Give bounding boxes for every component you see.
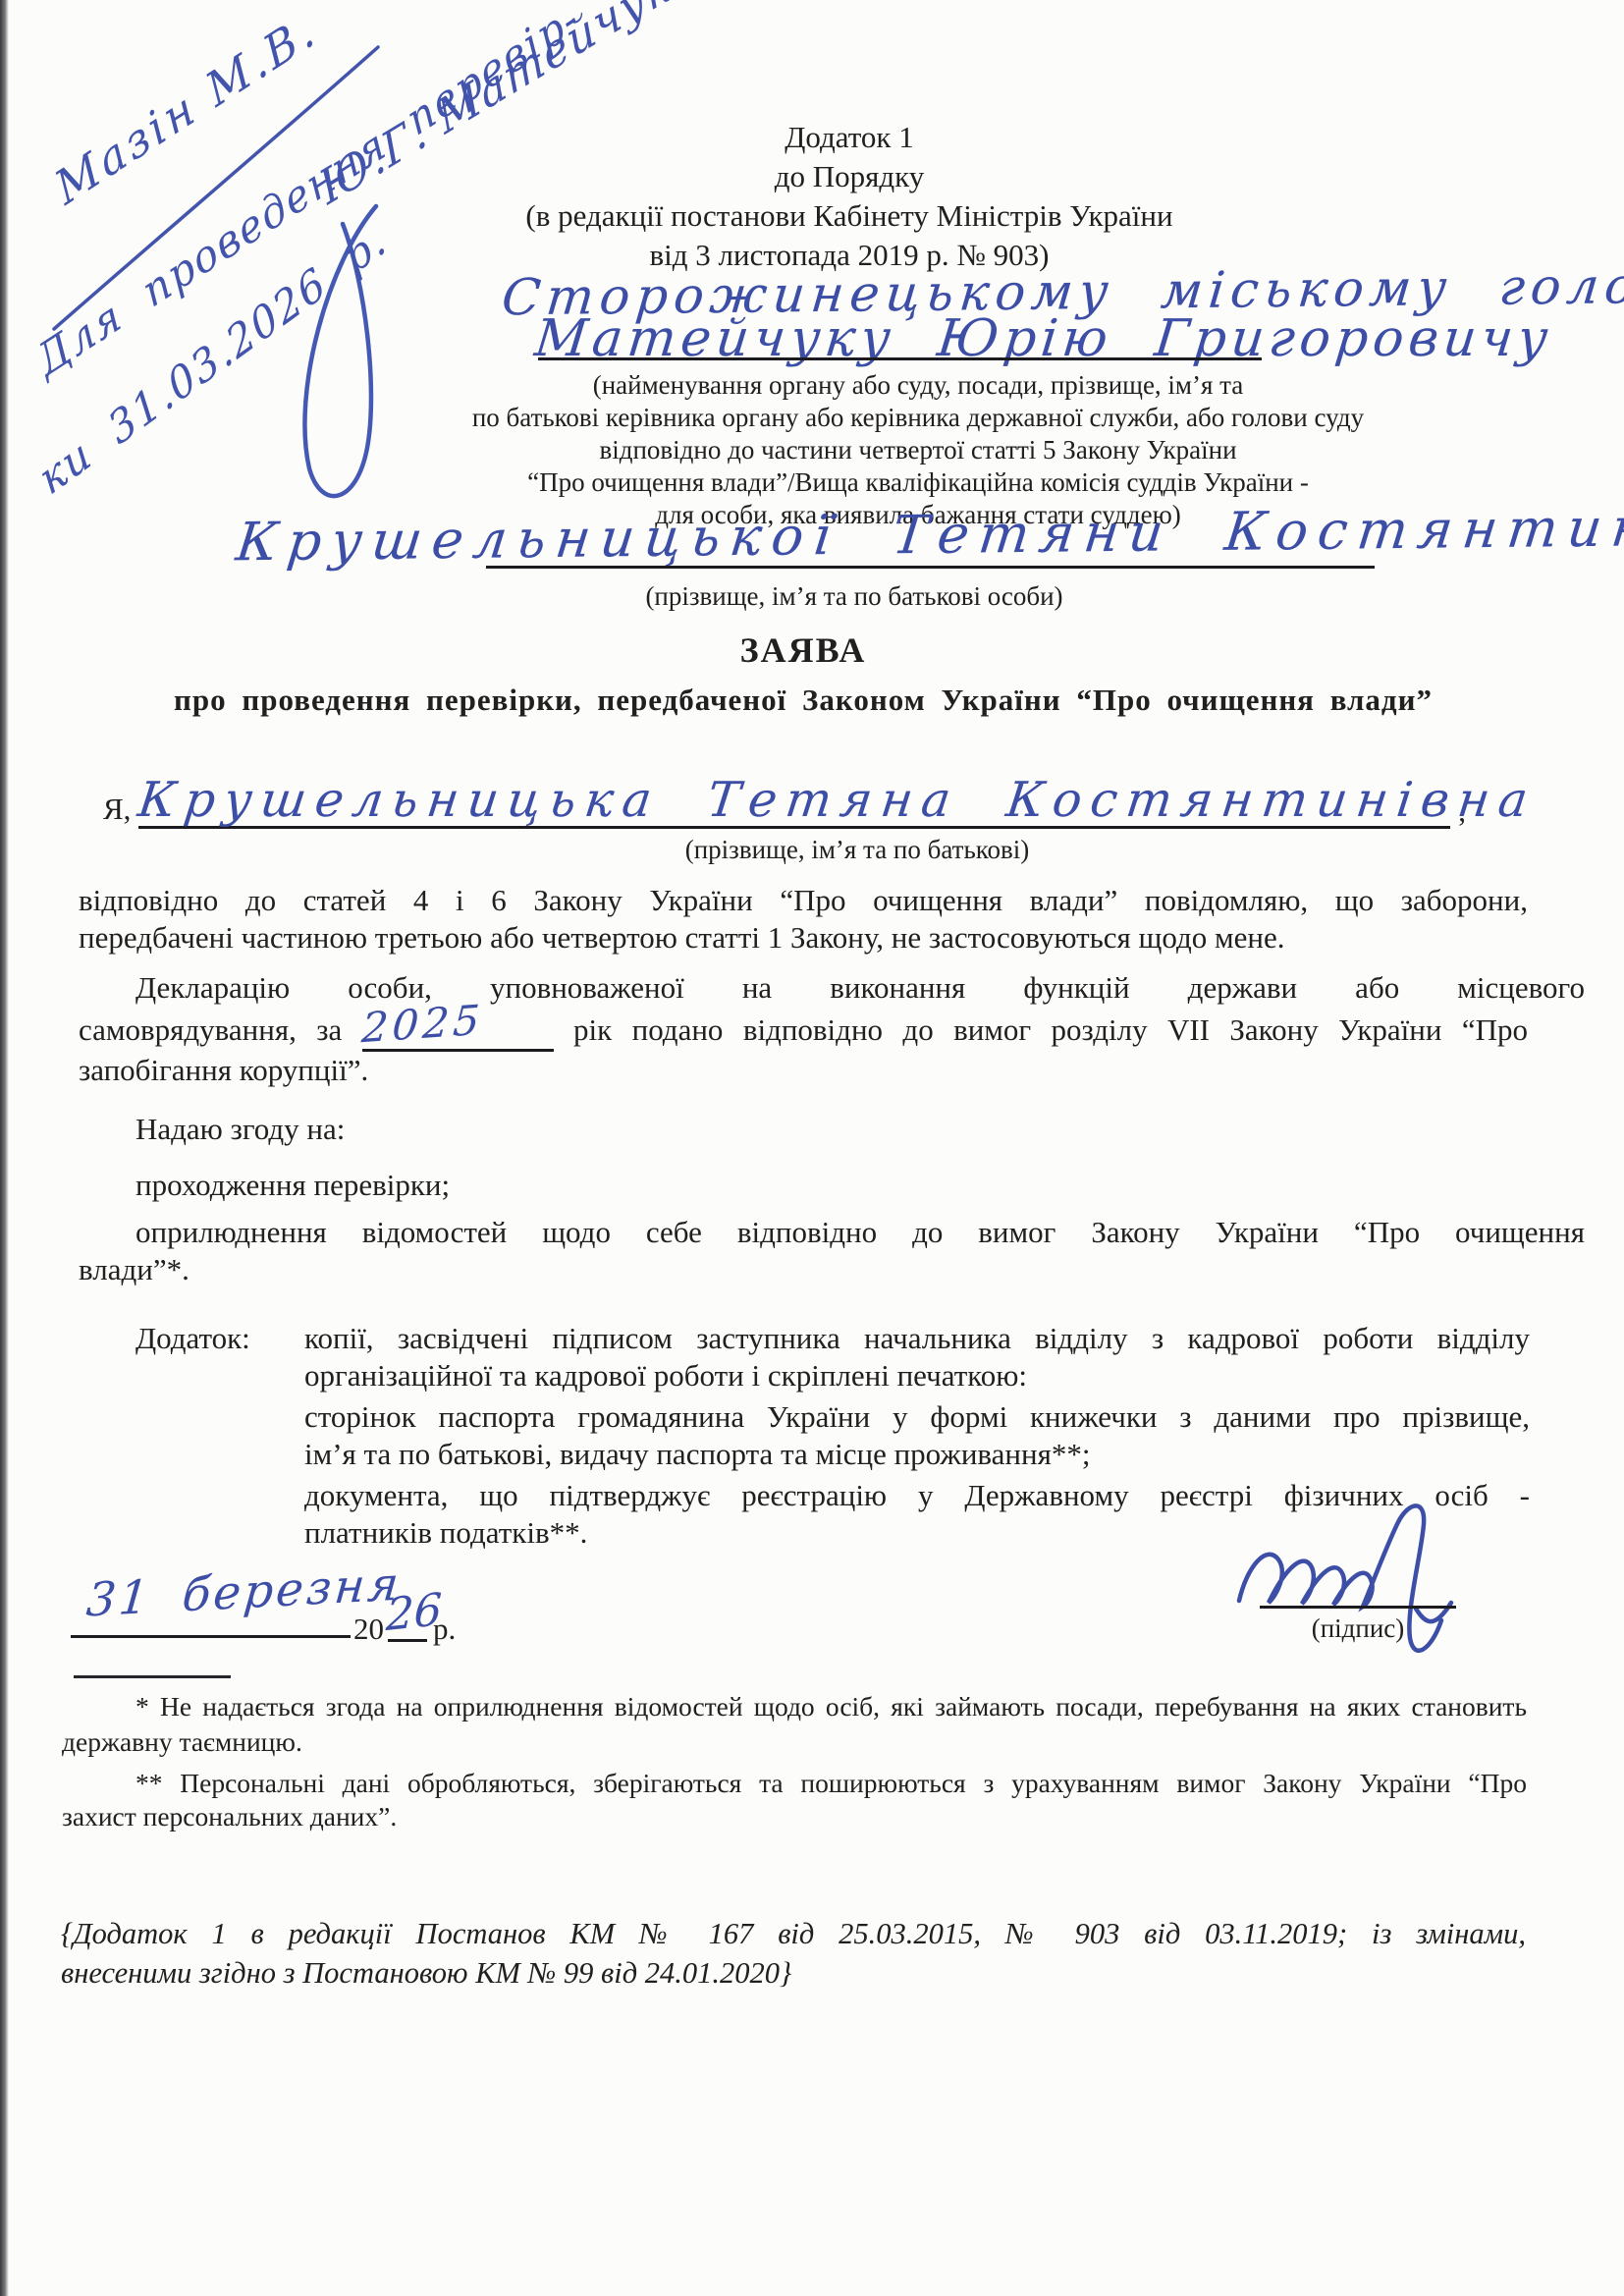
applicant-name-caption: (прізвище, ім’я та по батькові особи) xyxy=(314,580,1394,613)
consent-intro: Надаю згоду на: xyxy=(79,1111,1585,1148)
scan-edge-artifact xyxy=(0,0,9,2296)
document-subtitle: про проведення перевірки, передбаченої З… xyxy=(79,682,1528,719)
addressee-underline xyxy=(538,357,1262,360)
addressee-caption-line: по батькові керівника органу або керівни… xyxy=(363,402,1473,434)
header-line: Додаток 1 xyxy=(422,118,1276,157)
attachment-line: сторінок паспорта громадянина України у … xyxy=(304,1398,1530,1436)
consent-item-publish-line: оприлюднення відомостей щодо себе відпов… xyxy=(79,1214,1585,1251)
declaration-year-blank: 2025 xyxy=(362,1011,554,1052)
declaration-year-handwritten: 2025 xyxy=(361,1011,484,1038)
footnote1-line: * Не надається згода на оприлюднення від… xyxy=(62,1689,1527,1724)
paragraph2-text-after-year: рік подано відповідно до вимог розділу V… xyxy=(573,1012,1528,1047)
attachment-line: копії, засвідчені підписом заступника на… xyxy=(304,1320,1530,1357)
declarant-line: Я, Крушельницька Тетяна Костянтинівна , xyxy=(103,783,1466,829)
declarant-name-blank: Крушельницька Тетяна Костянтинівна xyxy=(138,780,1450,829)
declarant-name-handwritten: Крушельницька Тетяна Костянтинівна xyxy=(135,772,1454,828)
consent-item-check: проходження перевірки; xyxy=(79,1167,1585,1204)
addressee-caption-line: (найменування органу або суду, посади, п… xyxy=(363,369,1473,402)
addressee-caption-line: відповідно до частини четвертої статті 5… xyxy=(363,434,1473,466)
i-label: Я, xyxy=(103,790,131,829)
attachment-line: платників податків**. xyxy=(304,1514,1530,1552)
footnote1-line: державну таємницю. xyxy=(62,1724,1527,1760)
body-paragraph2-line: Декларацію особи, уповноваженої на викон… xyxy=(79,969,1585,1007)
year-r-label-printed: р. xyxy=(433,1611,456,1648)
date-underline xyxy=(71,1635,351,1638)
footnote-separator xyxy=(74,1675,231,1678)
applicant-name-underline xyxy=(486,566,1375,569)
scanned-application-page: Мазін М.В. Для проведення перевір- ки 31… xyxy=(0,0,1624,2296)
body-paragraph1-line: передбачені частиною третьою або четверт… xyxy=(79,919,1528,957)
header-line: до Порядку xyxy=(422,157,1276,196)
signature-caption: (підпис) xyxy=(1260,1613,1456,1644)
paragraph2-text-before-year: самоврядування, за xyxy=(79,1012,342,1047)
document-title: ЗАЯВА xyxy=(79,631,1528,669)
header-line: (в редакції постанови Кабінету Міністрів… xyxy=(422,196,1276,236)
revision-note-line: внесеними згідно з Постановою КМ № 99 ві… xyxy=(61,1954,1526,1992)
body-paragraph2-line: запобігання корупції”. xyxy=(79,1052,1528,1089)
body-paragraph2-line-with-year: самоврядування, за 2025 рік подано відпо… xyxy=(79,1011,1528,1052)
attachment-label: Додаток: xyxy=(135,1320,302,1357)
attachment-line: організаційної та кадрової роботи і скрі… xyxy=(304,1357,1530,1394)
attachment-line: документа, що підтверджує реєстрацію у Д… xyxy=(304,1477,1530,1514)
form-header: Додаток 1 до Порядку (в редакції постано… xyxy=(422,118,1276,275)
consent-item-publish-line: влади”*. xyxy=(79,1251,1528,1288)
body-paragraph1-line: відповідно до статей 4 і 6 Закону Україн… xyxy=(79,882,1528,919)
signature-underline xyxy=(1260,1606,1456,1609)
footnote2-line: захист персональних даних”. xyxy=(62,1799,1527,1834)
declarant-name-caption: (прізвище, ім’я та по батькові) xyxy=(314,834,1400,866)
footnote2-line: ** Персональні дані обробляються, зберіг… xyxy=(62,1766,1527,1801)
attachment-line: ім’я та по батькові, видачу паспорта та … xyxy=(304,1436,1530,1473)
addressee-caption-line: “Про очищення влади”/Вища кваліфікаційна… xyxy=(363,466,1473,499)
year-prefix-printed: 20 xyxy=(353,1611,384,1648)
revision-note-line: {Додаток 1 в редакції Постанов КМ № 167 … xyxy=(61,1915,1526,1952)
